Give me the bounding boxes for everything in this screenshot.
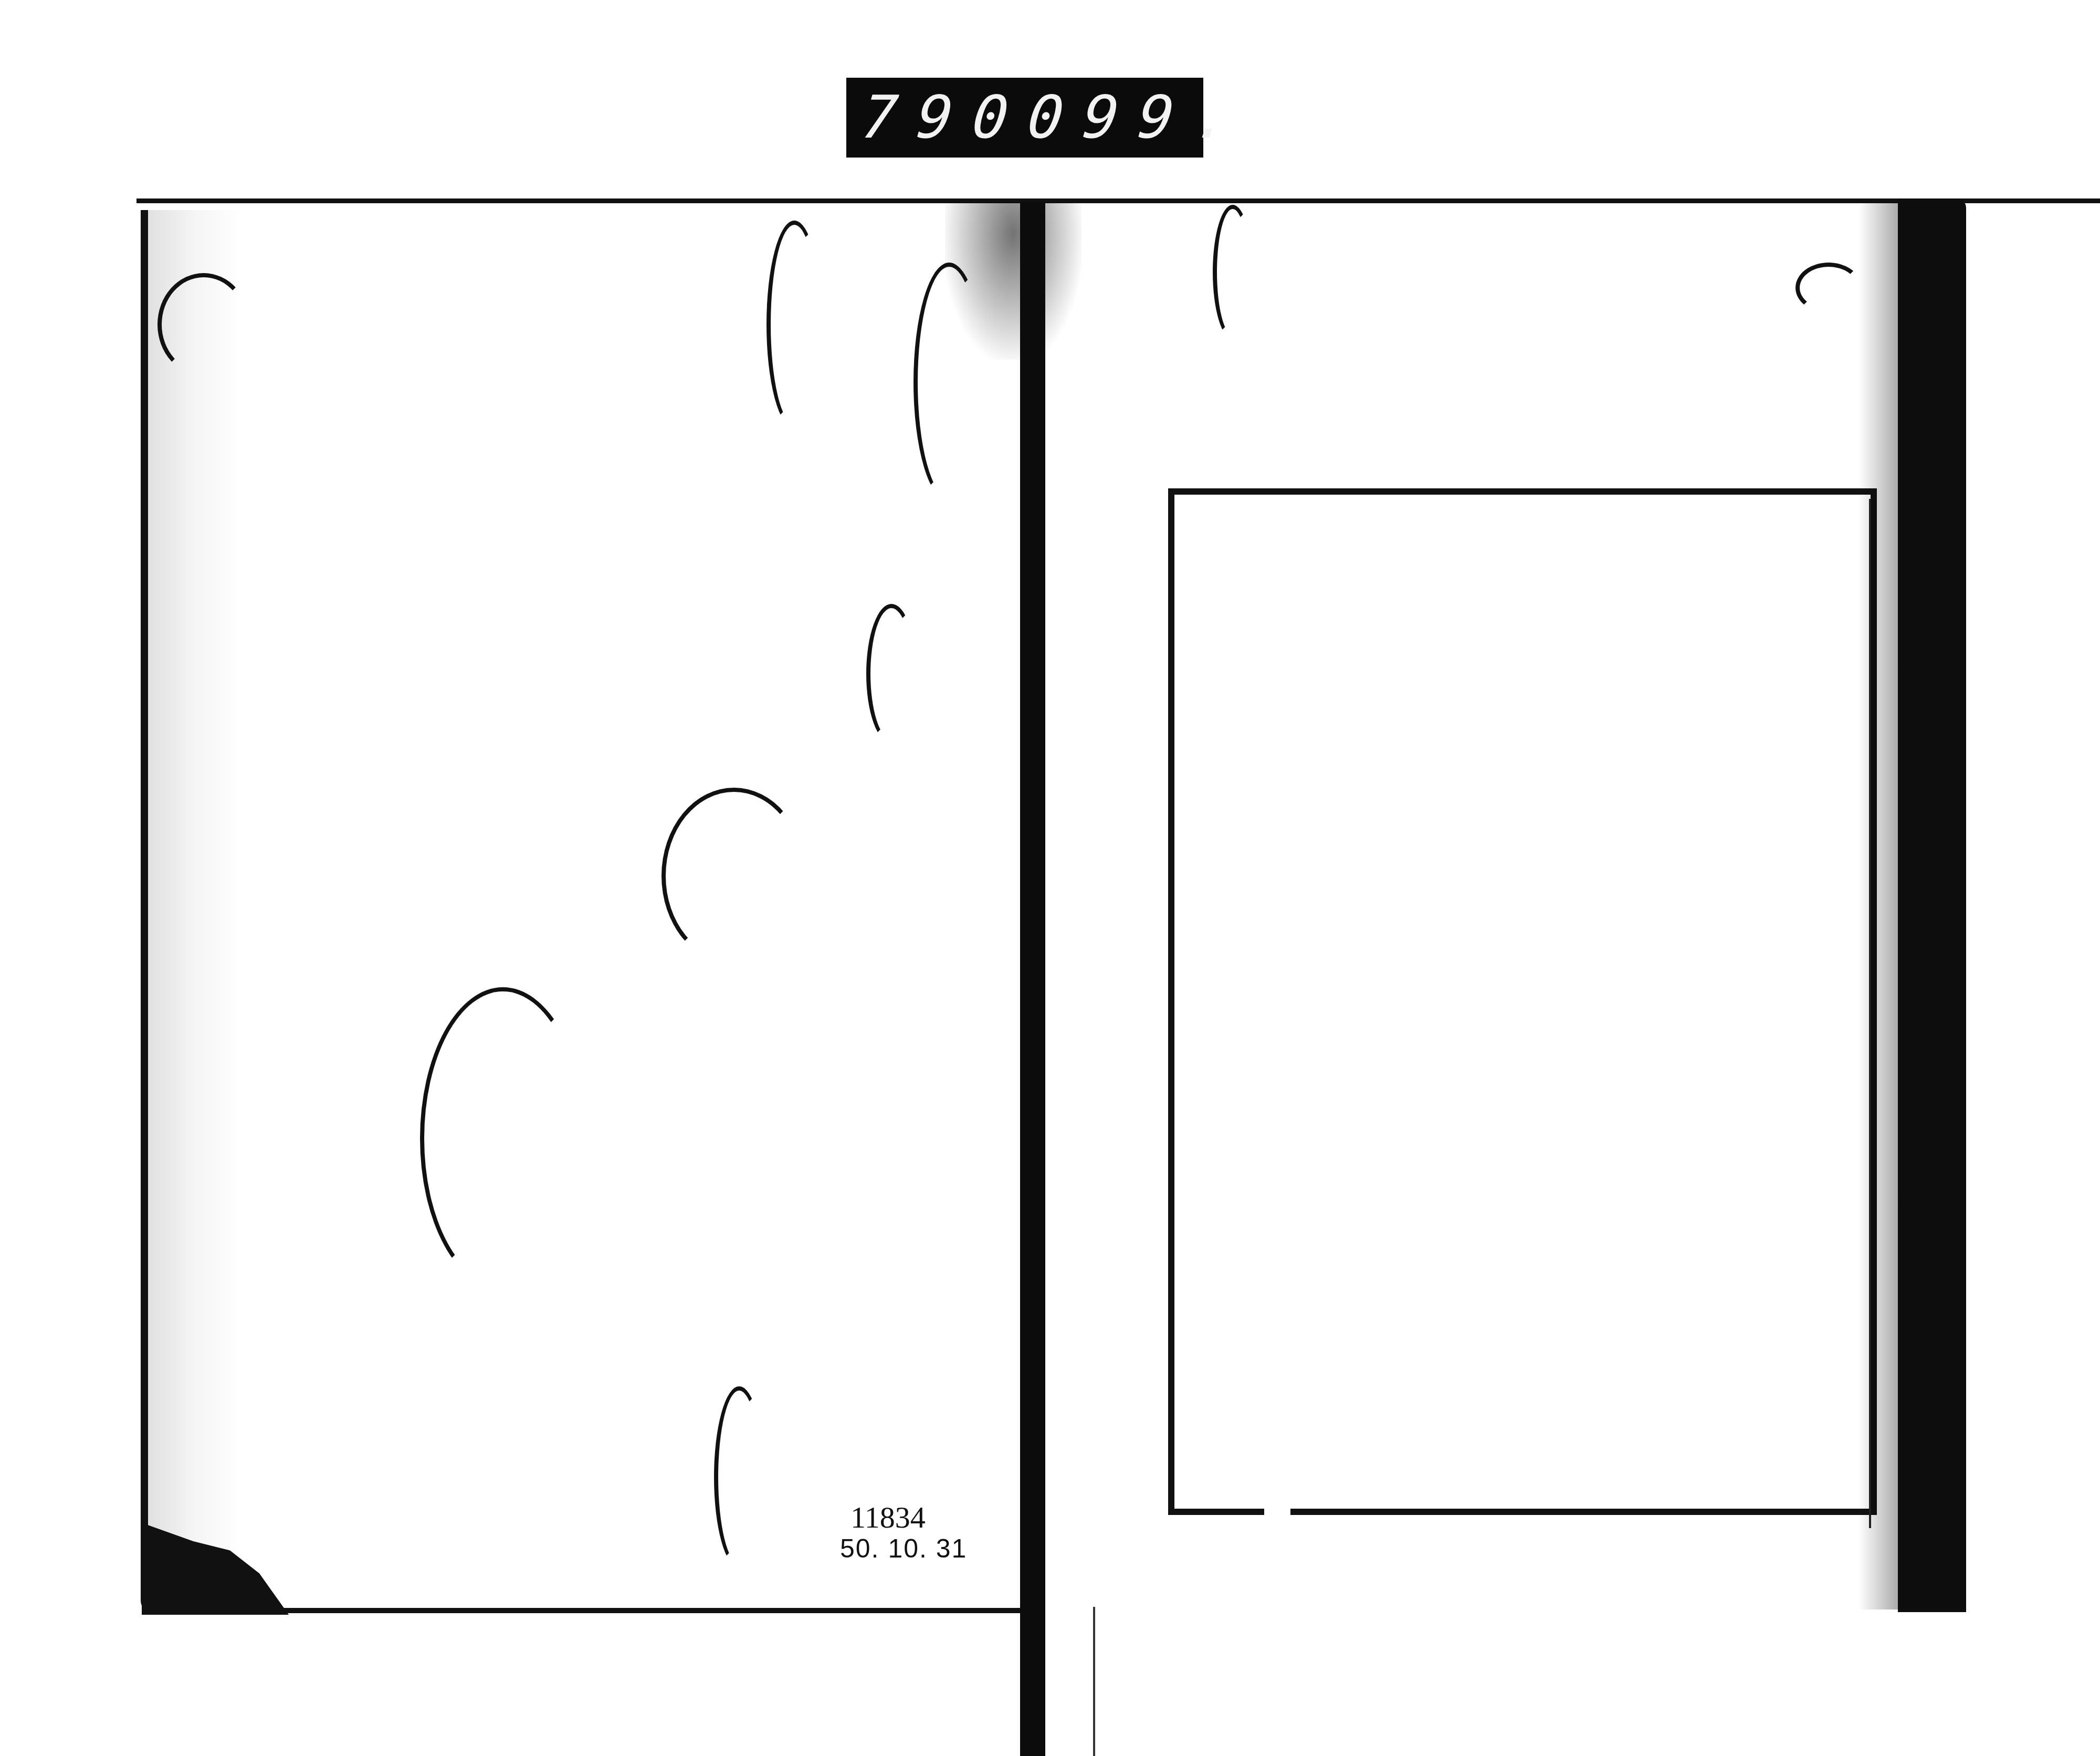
frame-counter-left: 790 [859,88,1031,147]
frame-gap [1264,1508,1290,1515]
worm-trail [1213,205,1253,339]
left-page [141,210,1028,1613]
frame-counter: 790 099. [846,78,1203,158]
worm-trail [913,263,985,502]
worm-trail [420,987,586,1290]
right-page-frame [1168,488,1877,1515]
stamp-number: 11834 [840,1501,967,1534]
book-spine [1898,198,1966,1612]
microfilm-scan: 790 099. 11834 50. 10. 31 [0,0,2100,1756]
worm-trail [661,788,806,964]
worm-trail [714,1386,764,1568]
worm-trail [157,273,250,376]
spine-shadow [1858,202,1900,1609]
worm-trail [866,604,917,744]
center-binding [1020,202,1045,1756]
frame-counter-right: 099. [1025,88,1252,147]
archive-stamp: 11834 50. 10. 31 [840,1501,967,1563]
worm-trail [1795,263,1862,313]
stamp-date: 50. 10. 31 [840,1534,967,1563]
worm-trail [766,221,822,428]
top-edge-rule [136,198,2100,203]
fold-line [1093,1607,1095,1756]
